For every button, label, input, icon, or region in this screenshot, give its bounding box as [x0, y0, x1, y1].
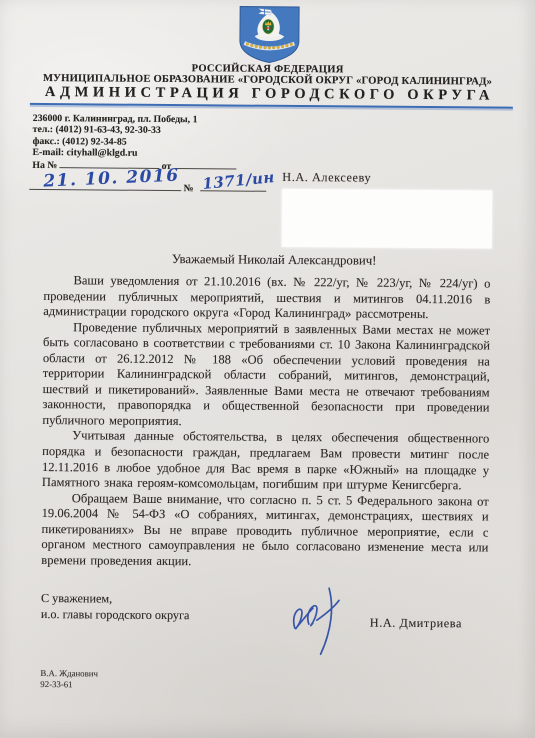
ref-label: На №	[32, 160, 57, 171]
body-paragraph: Учитывая данные обстоятельства, в целях …	[42, 428, 489, 494]
scanned-letter-page: РОССИЙСКАЯ ФЕДЕРАЦИЯ МУНИЦИПАЛЬНОЕ ОБРАЗ…	[0, 0, 535, 738]
signer-name: Н.А. Дмитриева	[370, 616, 462, 632]
salutation: Уважаемый Николай Александрович!	[44, 251, 491, 270]
ref-date-blank	[174, 160, 236, 169]
letterhead-email: E-mail: cityhall@klgd.ru	[32, 147, 197, 160]
body-paragraph: Проведение публичных мероприятий в заявл…	[42, 320, 490, 432]
body-paragraph: Обращаем Ваше внимание, что согласно п. …	[41, 491, 489, 572]
sail-escutcheon	[262, 19, 274, 34]
body-paragraph: Ваши уведомления от 21.10.2016 (вх. № 22…	[43, 273, 490, 323]
executor-phone: 92-33-61	[40, 679, 98, 690]
signoff-block: С уважением, и.о. главы городского округ…	[41, 591, 190, 623]
letterhead-organization: АДМИНИСТРАЦИЯ ГОРОДСКОГО ОКРУГА	[0, 84, 535, 105]
scan-skew-wrapper: РОССИЙСКАЯ ФЕДЕРАЦИЯ МУНИЦИПАЛЬНОЕ ОБРАЗ…	[0, 0, 535, 738]
executor-name: В.А. Жданович	[40, 668, 98, 679]
signoff-closing: С уважением,	[41, 591, 190, 608]
redacted-address-block	[282, 189, 492, 249]
outgoing-number-row: № 21. 10. 2016 1371/ин	[29, 179, 279, 195]
letterhead-phone: тел.: (4012) 91-63-43, 92-30-33	[33, 124, 198, 137]
signoff-position: и.о. главы городского округа	[41, 607, 190, 624]
letter-body: Ваши уведомления от 21.10.2016 (вх. № 22…	[41, 273, 490, 572]
number-label: №	[184, 183, 194, 194]
handwritten-signature-icon	[288, 584, 349, 658]
letterhead-contact-block: 236000 г. Калининград, пл. Победы, 1 тел…	[32, 113, 197, 159]
recipient-name: Н.А. Алексееву	[282, 170, 371, 186]
kaliningrad-coat-of-arms-icon	[236, 5, 302, 65]
executor-block: В.А. Жданович 92-33-61	[40, 668, 98, 690]
